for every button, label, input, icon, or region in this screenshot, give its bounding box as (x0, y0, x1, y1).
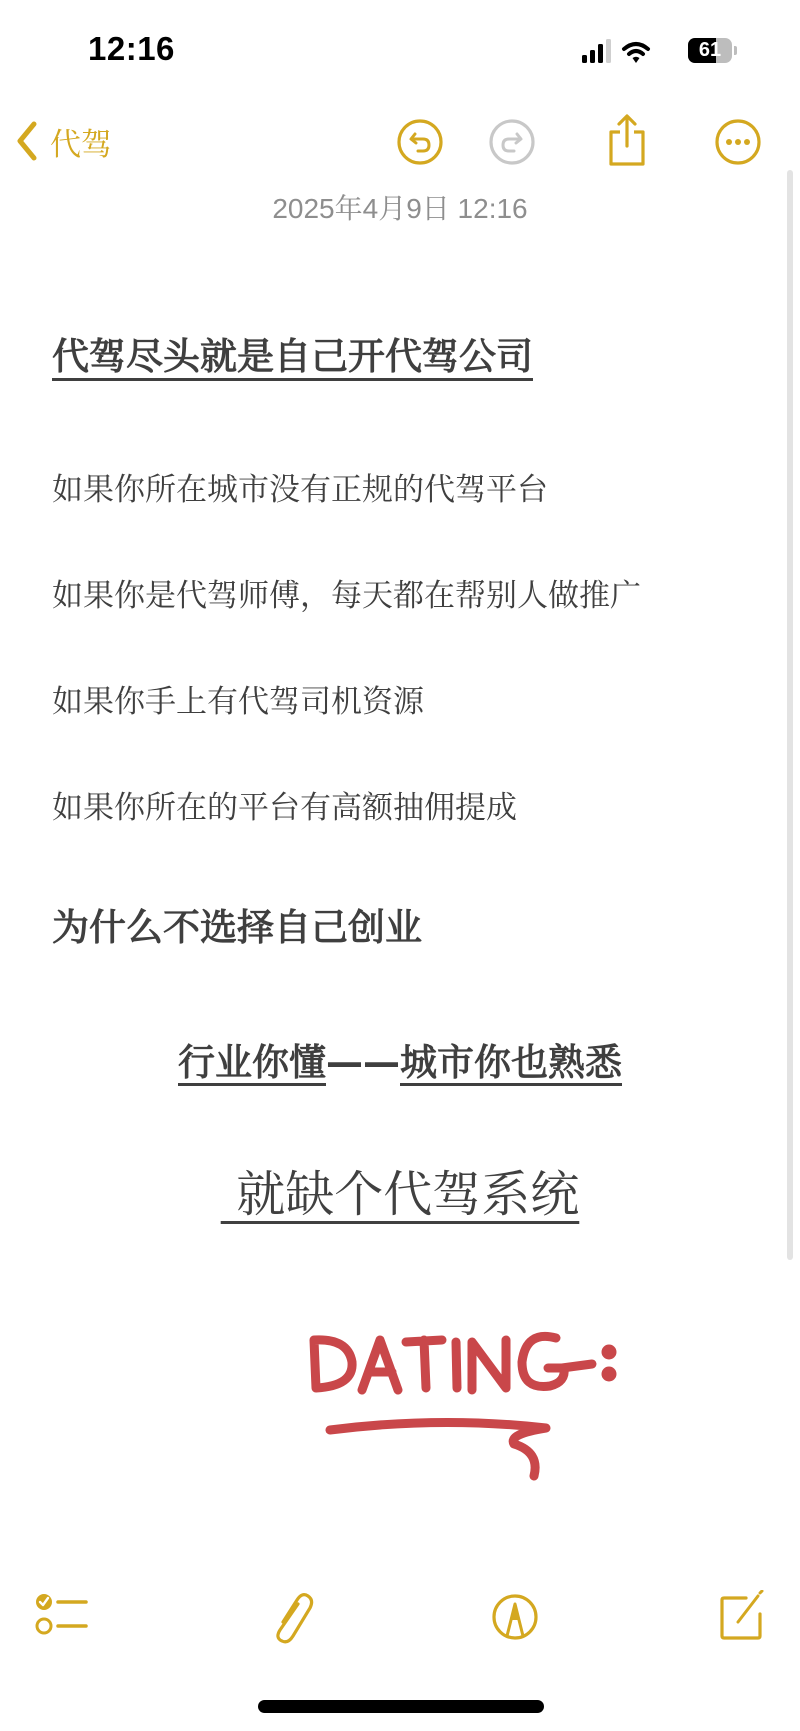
share-icon (605, 112, 649, 168)
attachment-button[interactable] (266, 1590, 316, 1646)
undo-icon (396, 118, 444, 166)
note-line-3: 如果你手上有代驾司机资源 (52, 676, 424, 721)
note-line-2: 如果你是代驾师傅，每天都在帮别人做推广 (52, 570, 641, 615)
handwritten-sketch[interactable]: DATING: (300, 1320, 640, 1490)
undo-button[interactable] (396, 118, 444, 166)
battery-icon: 61 (688, 38, 738, 63)
note-line-4: 如果你所在的平台有高额抽佣提成 (52, 782, 517, 827)
note-conclusion: 就缺个代驾系统 (0, 1156, 800, 1226)
conclusion-text: 就缺个代驾系统 (221, 1166, 580, 1223)
note-line-1: 如果你所在城市没有正规的代驾平台 (52, 464, 548, 509)
redo-icon (488, 118, 536, 166)
note-tagline: 行业你懂——城市你也熟悉 (0, 1032, 800, 1086)
more-button[interactable] (714, 118, 762, 166)
compose-icon (718, 1590, 768, 1642)
tagline-left: 行业你懂 (178, 1041, 326, 1084)
checklist-button[interactable] (34, 1590, 90, 1640)
paperclip-icon (266, 1590, 316, 1646)
markup-pen-icon (490, 1592, 540, 1642)
cellular-signal-icon (582, 39, 611, 63)
redo-button[interactable] (488, 118, 536, 166)
home-indicator[interactable] (258, 1700, 544, 1713)
battery-level: 61 (688, 38, 732, 63)
note-title: 代驾尽头就是自己开代驾公司 (52, 326, 533, 380)
tagline-dash: —— (326, 1041, 400, 1084)
status-icons (582, 38, 692, 68)
back-label: 代驾 (50, 119, 112, 164)
markup-button[interactable] (490, 1592, 540, 1642)
wifi-icon (624, 44, 648, 63)
more-icon (714, 118, 762, 166)
status-icons-graphic (582, 38, 692, 68)
status-time: 12:16 (88, 30, 175, 68)
compose-button[interactable] (718, 1590, 768, 1642)
back-button[interactable]: 代驾 (14, 116, 112, 166)
note-heading: 为什么不选择自己创业 (52, 897, 422, 951)
checklist-icon (34, 1590, 90, 1640)
scrollbar[interactable] (787, 170, 793, 1260)
share-button[interactable] (605, 112, 649, 168)
dating-sketch-drawing: DATING: (300, 1320, 640, 1490)
tagline-right: 城市你也熟悉 (400, 1041, 622, 1084)
chevron-left-icon (14, 120, 40, 162)
note-date: 2025年4月9日 12:16 (0, 187, 800, 227)
